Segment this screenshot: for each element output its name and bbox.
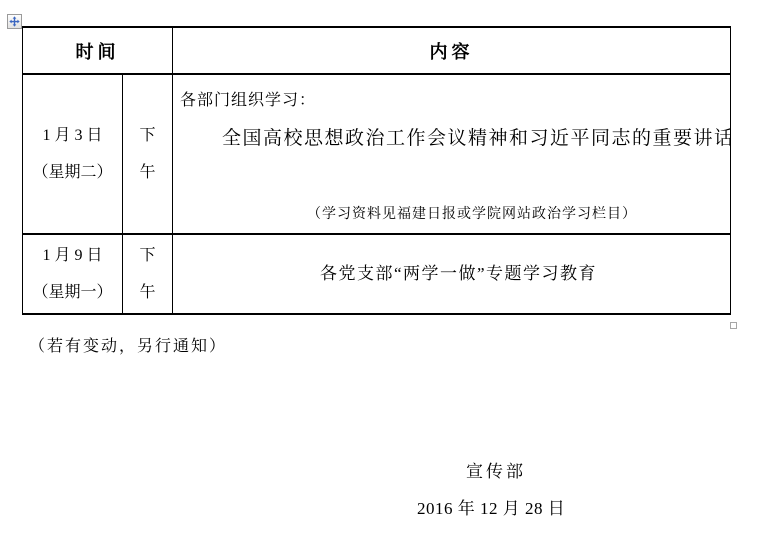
date-line: 1 月 9 日 (23, 237, 122, 274)
document-page: 时间 内容 1 月 3 日 （星期二） 下 午 各部门组织学习： 全国高校思想政… (0, 0, 762, 538)
content-note: （学习资料见福建日报或学院网站政治学习栏目） (307, 203, 637, 223)
header-cell-content[interactable]: 内容 (173, 27, 731, 74)
signature[interactable]: 宣传部 (466, 457, 526, 482)
date-cell[interactable]: 1 月 9 日 （星期一） (23, 234, 123, 314)
period-line: 午 (123, 154, 172, 191)
content-line: 各部门组织学习： (180, 87, 316, 110)
table-move-handle[interactable] (7, 14, 22, 29)
period-line: 午 (123, 274, 172, 311)
period-cell[interactable]: 下 午 (123, 74, 173, 234)
content-cell[interactable]: 各党支部“两学一做”专题学习教育 (173, 234, 731, 314)
header-cell-time[interactable]: 时间 (23, 27, 173, 74)
period-line: 下 (123, 237, 172, 274)
date-line: （星期二） (23, 154, 122, 191)
content-cell[interactable]: 各部门组织学习： 全国高校思想政治工作会议精神和习近平同志的重要讲话 （学习资料… (173, 74, 731, 234)
table-row: 1 月 3 日 （星期二） 下 午 各部门组织学习： 全国高校思想政治工作会议精… (23, 74, 731, 234)
footnote[interactable]: （若有变动，另行通知） (29, 333, 227, 356)
table-row: 1 月 9 日 （星期一） 下 午 各党支部“两学一做”专题学习教育 (23, 234, 731, 314)
header-content-label: 内容 (430, 42, 474, 62)
move-icon (9, 16, 20, 27)
signature-date[interactable]: 2016 年 12 月 28 日 (417, 494, 565, 519)
period-cell[interactable]: 下 午 (123, 234, 173, 314)
date-line: 1 月 3 日 (23, 117, 122, 154)
schedule-table: 时间 内容 1 月 3 日 （星期二） 下 午 各部门组织学习： 全国高校思想政… (22, 26, 731, 315)
date-line: （星期一） (23, 274, 122, 311)
table-header-row: 时间 内容 (23, 27, 731, 74)
table-resize-handle[interactable] (730, 322, 737, 329)
header-time-label: 时间 (76, 42, 120, 62)
content-line: 全国高校思想政治工作会议精神和习近平同志的重要讲话 (222, 123, 731, 150)
period-line: 下 (123, 117, 172, 154)
content-line: 各党支部“两学一做”专题学习教育 (320, 264, 597, 283)
date-cell[interactable]: 1 月 3 日 （星期二） (23, 74, 123, 234)
